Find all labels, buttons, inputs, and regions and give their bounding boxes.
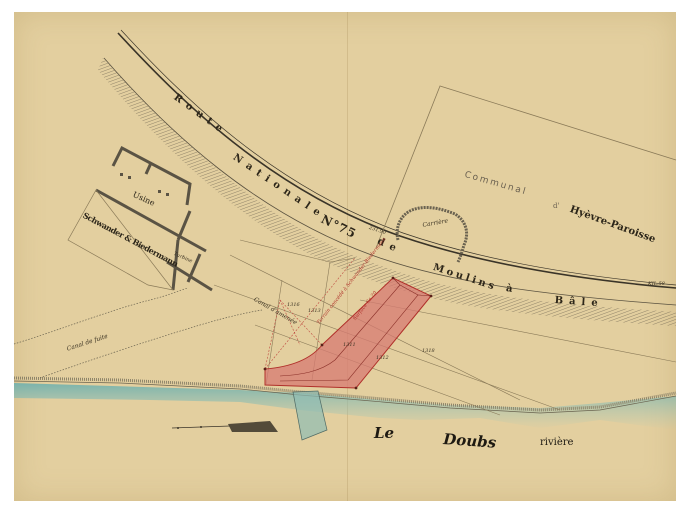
parcel-number: 1312 (376, 355, 389, 361)
parcel-number: 1316 (287, 302, 300, 308)
map-drawing (0, 0, 689, 512)
parcel-number: 1318 (422, 348, 435, 354)
factory-pillars (120, 173, 169, 196)
river-doubs (14, 383, 676, 430)
road-south-edge (104, 58, 676, 305)
river-label-doubs: Doubs (443, 430, 497, 452)
river-label-le: Le (374, 424, 394, 442)
current-arrow-icon (172, 421, 278, 432)
river-label-riviere: rivière (540, 437, 573, 448)
road-label-a: à (505, 283, 519, 296)
parcel-number: 1311 (343, 342, 356, 348)
road-marker-km: KIL.58 (648, 281, 665, 287)
commune-label-of: d' (553, 202, 559, 210)
parcel-number: 1313 (308, 308, 321, 314)
commune-boundary (376, 86, 676, 248)
concession-area (265, 278, 431, 388)
